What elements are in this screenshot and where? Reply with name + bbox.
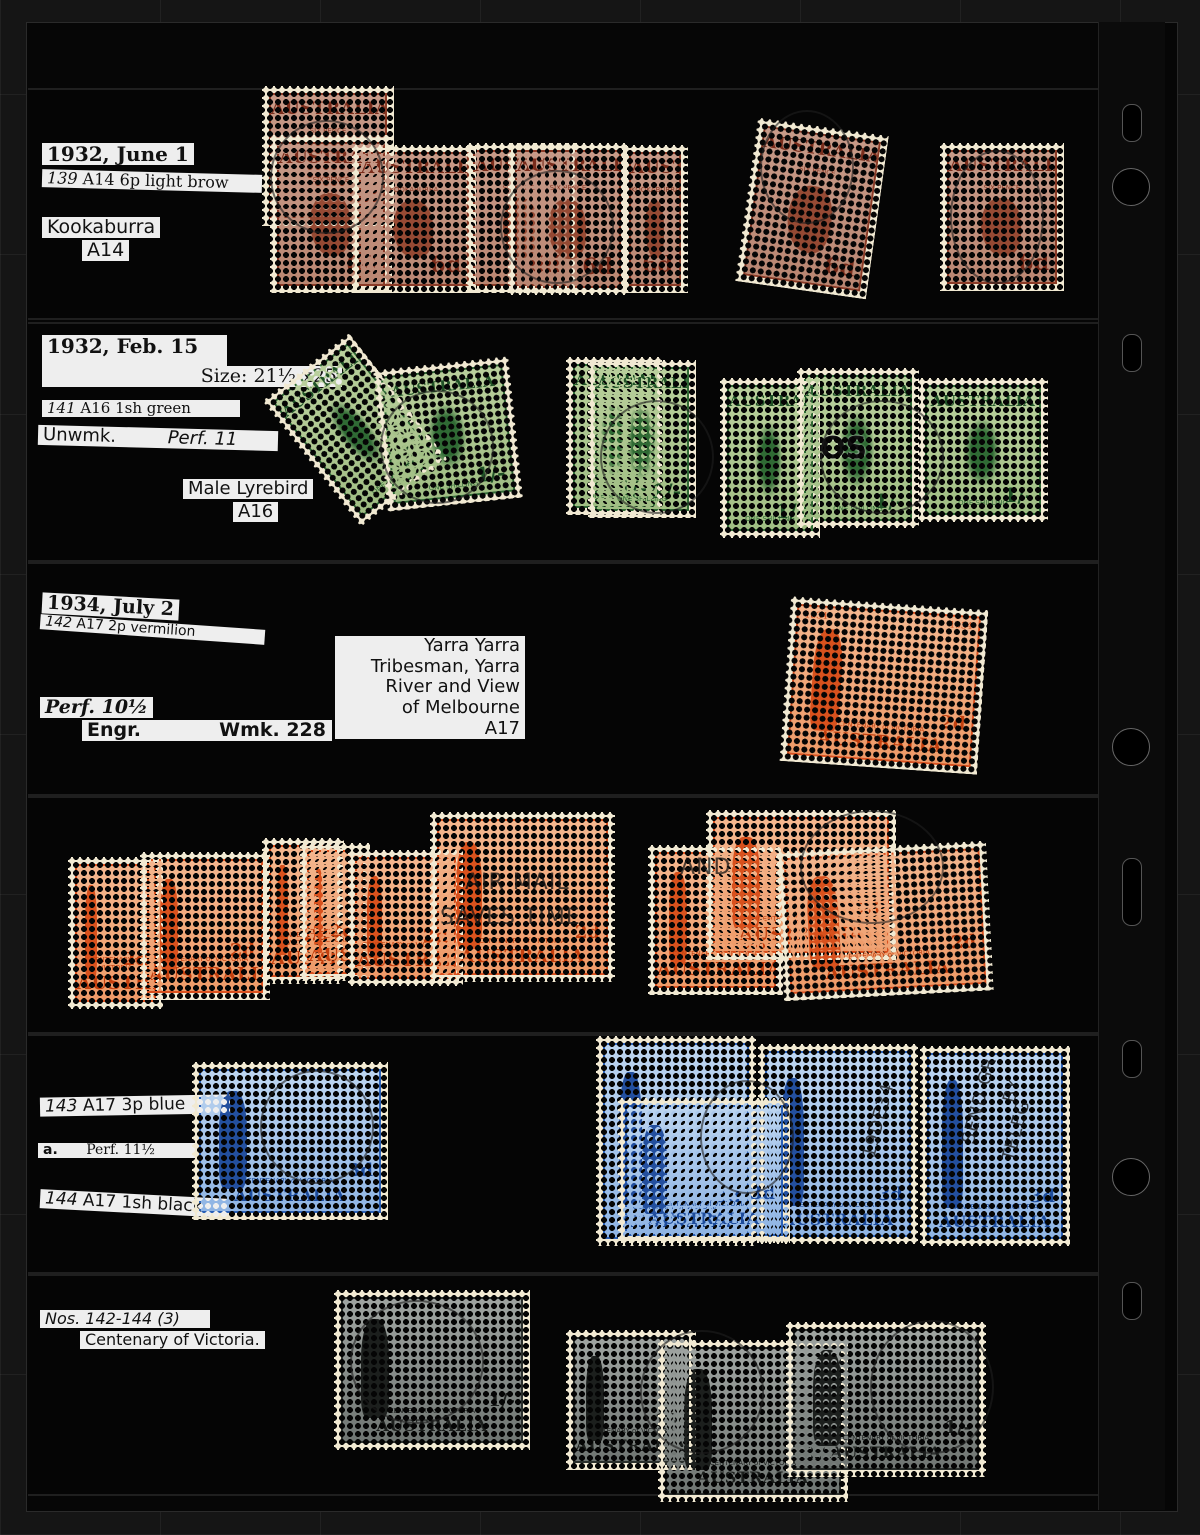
stamp-design: AUSTRALIACENTENARY of VICTORIA1/- (793, 1329, 979, 1470)
stamp: AUSTRALIAONE SHILLING1/- (918, 378, 1048, 522)
stamp-design: AUSTRALIACENTENARY of VICTORIA3d (625, 1105, 783, 1236)
stamp: AUSTRALIASIX PENCE6d (940, 143, 1064, 291)
stamp-denomination: 1/- (651, 479, 681, 503)
stamp-design: AUSTRALIAKOOKABURRA6d (629, 152, 681, 286)
binder-hole-slot (1122, 334, 1142, 372)
catalog-number: 143 (45, 1096, 78, 1117)
stamp-country: AUSTRALIA (631, 158, 679, 178)
stamp: AUSTRALIACENTENARY of VICTORIA1/- (334, 1290, 530, 1450)
stamp-country: AUSTRALIA (271, 99, 385, 119)
kookaburra-figure (393, 200, 433, 259)
stamp-country: AUSTRALIA (383, 371, 502, 401)
stamp-denomination: 3d (348, 1160, 373, 1181)
catalog-number: 142 (45, 614, 73, 632)
stamp-inscription: SIX PENCE (949, 184, 1055, 192)
stamp-inscription: KOOKABURRA (361, 186, 467, 194)
stamp: AUSTRALIASIX PENCE6d (735, 118, 889, 300)
binder-hole-round (1112, 168, 1150, 206)
lyrebird-figure (626, 403, 657, 480)
watermark-text: Unwmk. (43, 424, 117, 447)
stamp: AUSTRALIACENTENARY of VICTORIA2d18341934 (779, 596, 988, 774)
binder-hole-round (1112, 728, 1150, 766)
os-overprint: OS (820, 431, 867, 466)
method-watermark-label: Engr. Wmk. 228 (82, 720, 332, 741)
stamp-denomination: 3d (1030, 1186, 1055, 1207)
stamp: AUSTRALIACENTENARY of VICTORIA3d (920, 1046, 1070, 1246)
perf-label: Perf. 10½ (40, 697, 153, 718)
tribesman-figure (684, 1369, 712, 1470)
stamp-denomination: 2d (940, 712, 967, 735)
catalog-number: 139 (47, 168, 78, 188)
stamp-design: AUSTRALIACENTENARY of VICTORIA2d (437, 819, 608, 975)
catalog-label: 141 A16 1sh green (42, 400, 240, 417)
stamp-country: AUSTRALIA (343, 1416, 521, 1435)
stamp-country: AUSTRALIA (929, 1212, 1061, 1231)
stamp-denomination: 3d (750, 1183, 775, 1204)
stamp-inscription: KOOKABURRA (631, 186, 679, 194)
watermark-text: Wmk. 228 (219, 720, 326, 741)
stamp-design: AUSTRALIACENTENARY of VICTORIA2d18341934 (787, 604, 981, 767)
variety-label: a. Perf. 11½ (38, 1143, 196, 1158)
catalog-number: 141 (47, 399, 76, 417)
stamp-design: AUSTRALIACENTENARY of VICTORIA1/- (341, 1297, 523, 1443)
stamp-design: AUSTRALIAONE SHILLING1/- (381, 364, 516, 504)
tribesman-figure (813, 1350, 842, 1446)
design-title-label: Kookaburra (42, 217, 160, 238)
stamp-country: AUSTRALIA (439, 946, 606, 967)
stamp: AUSTRALIACENTENARY of VICTORIA2d (776, 841, 994, 1002)
stamp-country: AUSTRALIA (517, 156, 619, 176)
stamp-denomination: 6d (642, 252, 673, 278)
tribesman-figure (219, 1091, 247, 1189)
binder-hole-slot (1122, 858, 1142, 926)
stamp-design: AUSTRALIACENTENARY of VICTORIA2d (147, 859, 263, 993)
variety-text: Perf. 11½ (86, 1142, 155, 1158)
issue-date-label: 1932, Feb. 15 (42, 335, 227, 367)
stamp-denomination: 1/- (475, 460, 507, 487)
stamp-country: AUSTRALIA (949, 156, 1055, 176)
stamp-country: AUSTRALIA (201, 1186, 379, 1205)
binder-hole-round (1112, 1158, 1150, 1196)
stamp: AUSTRALIACENTENARY of VICTORIA3d (192, 1062, 388, 1220)
stamp-country: AUSTRALIA (806, 382, 910, 400)
kookaburra-figure (783, 183, 835, 255)
stamp-design: AUSTRALIASIX PENCE6d (947, 150, 1057, 284)
variety-letter: a. (43, 1142, 58, 1158)
stamp-country: AUSTRALIA (597, 374, 687, 392)
stamp-denomination: 1/- (488, 1390, 515, 1411)
stamp-design: AUSTRALIAONE SHILLING1/- (925, 385, 1041, 515)
kookaburra-figure (981, 198, 1021, 257)
desc-line: Yarra Yarra (340, 636, 520, 657)
stamp-denomination: 6d (582, 254, 613, 280)
lyrebird-figure (423, 400, 470, 472)
stamp: AUSTRALIAONE SHILLING1/-OS (797, 368, 919, 528)
tribesman-figure (456, 842, 483, 948)
stamp-denomination: 2d (230, 940, 255, 961)
stamp-design: AUSTRALIAONE SHILLING1/- (595, 367, 689, 511)
catalog-number: 144 (45, 1188, 78, 1210)
stamp-design: AUSTRALIACENTENARY of VICTORIA3d (199, 1069, 381, 1213)
stamp: AUSTRALIACENTENARY of VICTORIA2d (140, 852, 270, 1000)
stamp: AUSTRALIACENTENARY of VICTORIA2d (430, 812, 615, 982)
design-type-label: A16 (233, 502, 278, 522)
kookaburra-figure (310, 193, 350, 256)
stamp: AUSTRALIAONE SHILLING1/- (373, 356, 523, 511)
lyrebird-figure (755, 421, 783, 499)
desc-line: Tribesman, Yarra (340, 657, 520, 678)
stamp-design: AUSTRALIACENTENARY of VICTORIA2d (784, 848, 987, 994)
stamp-design: AUSTRALIASIX PENCE6d (743, 126, 881, 292)
issue-date-label: 1932, June 1 (42, 143, 194, 165)
stamp-denomination: 1/- (874, 489, 904, 513)
binder-hole-slot (1122, 1040, 1142, 1078)
stamp-denomination: 2d (575, 922, 600, 943)
catalog-desc: A14 6p light brow (82, 169, 228, 192)
design-type-label: A14 (82, 240, 129, 261)
desc-line: River and View (340, 677, 520, 698)
set-title-label: Centenary of Victoria. (80, 1331, 265, 1349)
method-text: Engr. (87, 719, 141, 741)
stamp: AUSTRALIASIX PENCE6d (508, 143, 628, 295)
stamp-denomination: 3d (878, 1184, 903, 1205)
design-description-label: Yarra Yarra Tribesman, Yarra River and V… (335, 636, 525, 739)
binder-hole-slot (1122, 1282, 1142, 1320)
stamp: AUSTRALIACENTENARY of VICTORIA1/- (786, 1322, 986, 1477)
stamp: AUSTRALIAONE SHILLING1/- (588, 360, 696, 518)
stamp-denomination: 6d (1018, 250, 1049, 276)
stamp-country: AUSTRALIA (927, 392, 1039, 410)
catalog-desc: A16 1sh green (80, 399, 191, 417)
tribesman-figure (942, 1080, 963, 1207)
stamp-denomination: 2d (951, 931, 977, 953)
stamp: AUSTRALIACENTENARY of VICTORIA3d (618, 1098, 790, 1243)
stamp-denomination: 6d (430, 252, 461, 278)
stamp-design: AUSTRALIACENTENARY of VICTORIA3d (927, 1053, 1063, 1239)
perf-text: Perf. 11 (167, 427, 237, 450)
stamp-denomination: 1/- (944, 1417, 971, 1438)
desc-line: of Melbourne (340, 698, 520, 719)
stamp-design: AUSTRALIAKOOKABURRA6d (359, 152, 469, 286)
lyrebird-figure (963, 417, 1001, 486)
stamp-design: AUSTRALIASIX PENCE6d (515, 150, 621, 288)
stamp-inscription: SIX PENCE (517, 184, 619, 192)
stamp-denomination: 6d (823, 252, 857, 282)
stamp-design: AUSTRALIAONE SHILLING1/-OS (804, 375, 912, 521)
stamp-country: AUSTRALIA (361, 158, 467, 178)
desc-line: A17 (340, 719, 520, 740)
tribesman-figure (361, 1319, 389, 1418)
set-numbers-label: Nos. 142-144 (3) (40, 1310, 210, 1328)
design-title-label: Male Lyrebird (183, 479, 313, 499)
tribesman-figure (809, 628, 845, 733)
kookaburra-figure (548, 199, 587, 259)
binder-hole-slot (1122, 104, 1142, 142)
stamp-denomination: 1/- (1003, 483, 1033, 507)
catalog-desc: A17 3p blue (83, 1094, 186, 1116)
kookaburra-figure (645, 200, 663, 259)
stamp: AUSTRALIAKOOKABURRA6d (622, 145, 688, 293)
stamp: AUSTRALIAKOOKABURRA6d (352, 145, 476, 293)
stamp-inscription: SIX PENCE (271, 127, 385, 135)
